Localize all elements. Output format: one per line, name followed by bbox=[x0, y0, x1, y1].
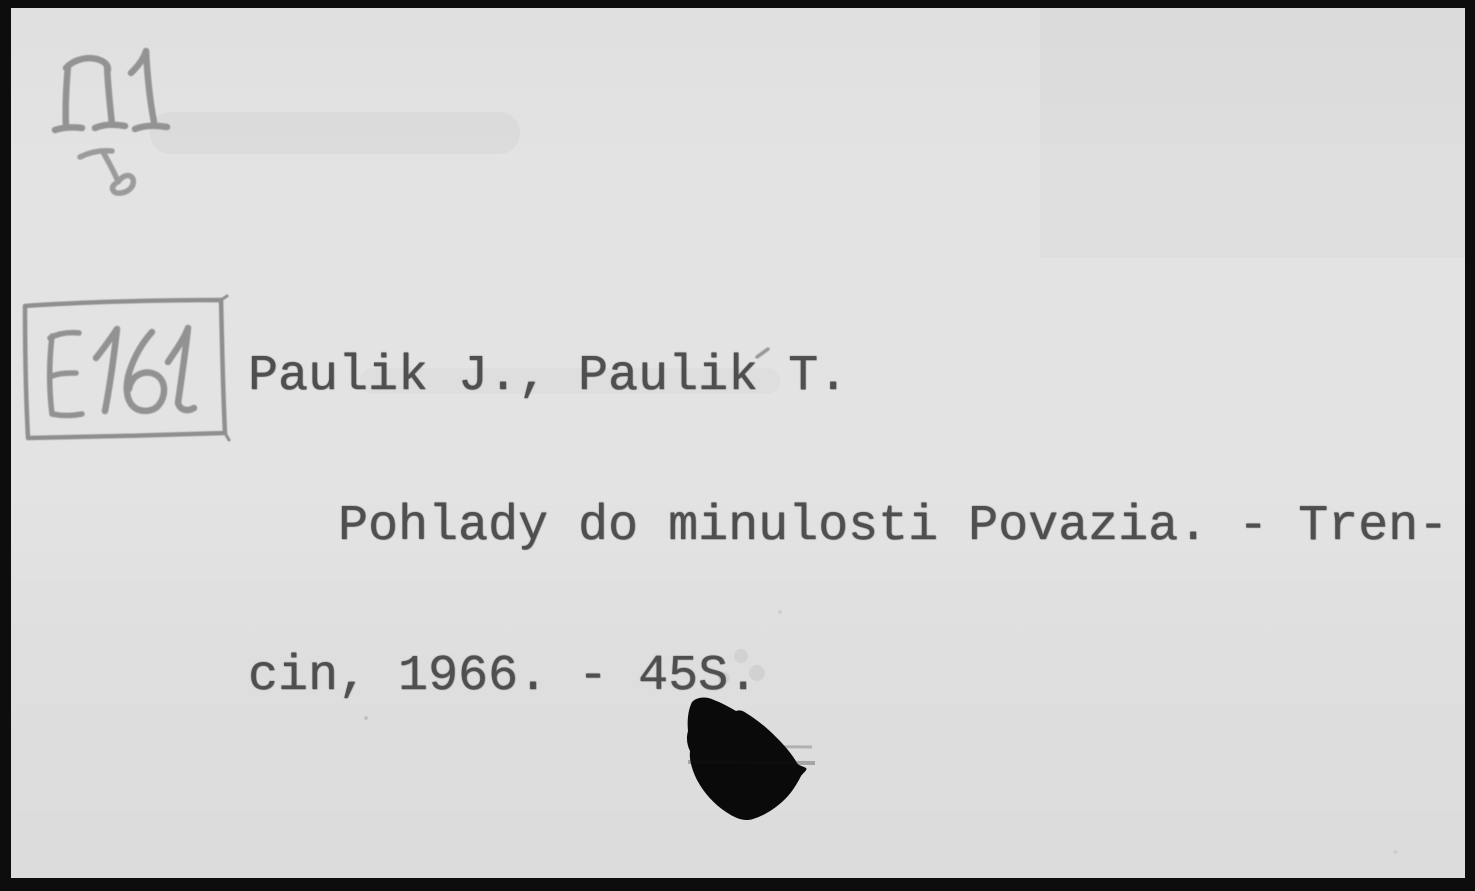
entry-line-title: Pohlady do minulosti Povazia. - Tren- bbox=[248, 502, 1448, 552]
dust-speck bbox=[1393, 850, 1398, 854]
typed-entry: Paulik J., Paulik T. Pohlady do minulost… bbox=[248, 252, 1448, 802]
paper-tone-patch bbox=[1040, 8, 1475, 258]
scan-border-right bbox=[1465, 0, 1475, 891]
scan-border-bottom bbox=[0, 878, 1475, 891]
scan-border-top bbox=[0, 0, 1475, 8]
entry-line-authors: Paulik J., Paulik T. bbox=[248, 352, 1448, 402]
entry-line-imprint: cin, 1966. - 45S. bbox=[248, 652, 1448, 702]
scan-border-left bbox=[0, 0, 11, 891]
pencil-smudge bbox=[150, 112, 520, 154]
scanned-catalog-card: Paulik J., Paulik T. Pohlady do minulost… bbox=[0, 0, 1475, 891]
